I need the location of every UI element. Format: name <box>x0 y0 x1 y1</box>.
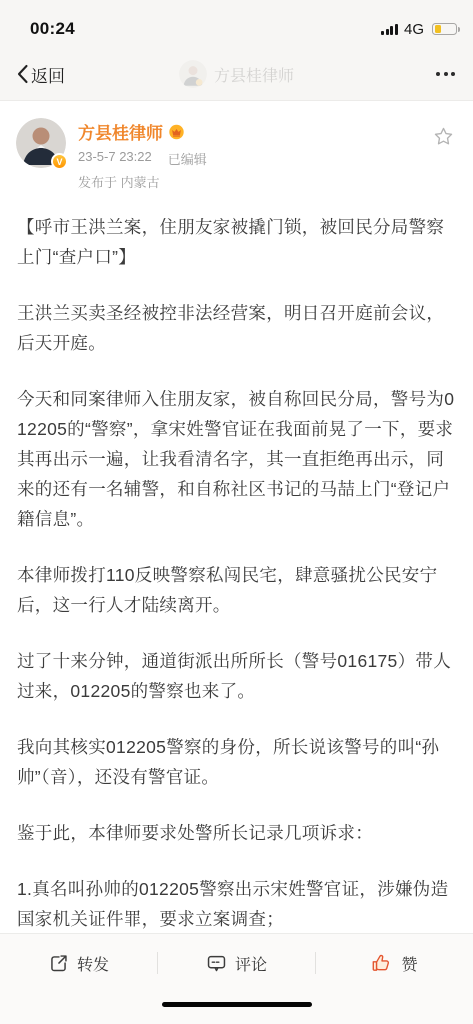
membership-crown-icon <box>168 124 185 140</box>
nav-center-username: 方县桂律师 <box>214 63 294 86</box>
post-paragraph: 过了十来分钟，通道街派出所所长（警号016175）带人过来，012205的警察也… <box>17 646 456 706</box>
cellular-signal-icon <box>381 24 398 35</box>
repost-share-icon <box>48 953 69 974</box>
status-bar: 00:24 4G <box>0 0 473 48</box>
comment-label: 评论 <box>235 952 267 975</box>
post-location: 发布于 内蒙古 <box>78 172 207 191</box>
post-header-info: 方县桂律师 23-5-7 23:22 已编辑 发布于 内蒙古 <box>78 118 207 191</box>
action-bar: 转发 评论 赞 <box>0 933 473 1024</box>
clock-time: 00:24 <box>30 19 75 39</box>
like-label: 赞 <box>401 952 417 975</box>
username[interactable]: 方县桂律师 <box>78 119 163 144</box>
star-outline-icon <box>432 125 455 148</box>
ellipsis-icon <box>436 72 440 76</box>
like-button[interactable]: 赞 <box>316 952 473 975</box>
home-indicator[interactable] <box>162 1002 312 1007</box>
post-paragraph: 1.真名叫孙帅的012205警察出示宋姓警官证，涉嫌伪造国家机关证件罪，要求立案… <box>17 874 456 934</box>
battery-icon <box>432 23 457 36</box>
thumbs-up-icon <box>371 952 393 974</box>
avatar[interactable]: V <box>16 118 66 168</box>
post-paragraph: 【呼市王洪兰案，住朋友家被撬门锁，被回民分局警察上门“查户口”】 <box>17 212 456 272</box>
post-paragraph: 我向其核实012205警察的身份，所长说该警号的叫“孙帅”（音），还没有警官证。 <box>17 732 456 792</box>
nav-bar: 返回 方县桂律师 <box>0 48 473 100</box>
post-paragraph: 今天和同案律师入住朋友家，被自称回民分局，警号为012205的“警察”，拿宋姓警… <box>17 384 456 534</box>
repost-button[interactable]: 转发 <box>0 952 157 975</box>
edited-badge: 已编辑 <box>168 149 207 168</box>
more-options-button[interactable] <box>434 64 457 84</box>
top-chrome: 00:24 4G 返回 <box>0 0 473 101</box>
status-right-icons: 4G <box>381 21 457 38</box>
post-paragraph: 鉴于此，本律师要求处警所长记录几项诉求： <box>17 818 456 848</box>
back-button[interactable]: 返回 <box>16 62 65 87</box>
post-paragraph: 王洪兰买卖圣经被控非法经营案，明日召开庭前会议，后天开庭。 <box>17 298 456 358</box>
verified-v-badge-icon: V <box>51 153 68 170</box>
weibo-post-screen: 00:24 4G 返回 <box>0 0 473 1024</box>
post-paragraph: 本律师拨打110反映警察私闯民宅，肆意骚扰公民安宁后，这一行人才陆续离开。 <box>17 560 456 620</box>
network-type-label: 4G <box>404 21 424 38</box>
back-label: 返回 <box>31 62 65 87</box>
favorite-star-button[interactable] <box>432 125 455 153</box>
action-row: 转发 评论 赞 <box>0 934 473 992</box>
repost-label: 转发 <box>77 952 109 975</box>
post-header: V 方县桂律师 23-5-7 23:22 已编辑 发布于 内蒙古 <box>0 101 473 191</box>
post-content: 【呼市王洪兰案，住朋友家被撬门锁，被回民分局警察上门“查户口”】王洪兰买卖圣经被… <box>0 191 473 934</box>
chevron-left-icon <box>16 64 29 84</box>
nav-mini-avatar <box>179 60 207 88</box>
nav-center-title: 方县桂律师 <box>0 48 473 100</box>
post-timestamp: 23-5-7 23:22 <box>78 149 152 168</box>
comment-bubble-icon <box>206 953 227 974</box>
comment-button[interactable]: 评论 <box>158 952 315 975</box>
